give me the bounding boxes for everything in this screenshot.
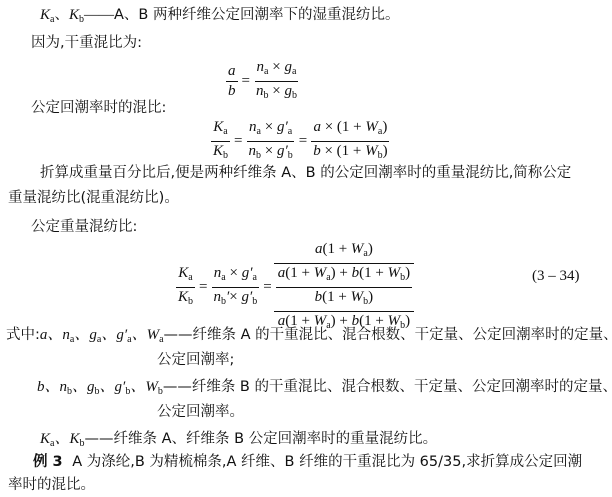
definition-text: A、B 两种纤维公定回潮率下的湿重混纺比。 <box>114 7 399 23</box>
fraction-n-gprime: na × g′a nb × g′b <box>246 118 294 165</box>
conditioned-ratio-intro: 公定回潮率时的混比: <box>31 98 166 118</box>
denominator: b × (1 + Wb) <box>311 142 389 165</box>
top-denominator: a(1 + Wa) + b(1 + Wb) <box>276 264 412 287</box>
denominator: b <box>226 82 238 101</box>
legend-a-line1: 式中:a、na、ga、g′a、Wa——纤维条 A 的干重混比、混合根数、干定量、… <box>6 324 612 350</box>
paragraph-percentage-line1: 折算成重量百分比后,便是两种纤维条 A、B 的公定回潮率时的重量混纺比,简称公定 <box>40 163 571 183</box>
equation-3-34: Ka Kb = na × g′a nb′× g′b = a(1 + Wa) a(… <box>176 240 412 335</box>
legend-a-line2: 公定回潮率; <box>157 350 234 370</box>
fraction-n-g: na × ga nb × gb <box>254 58 299 105</box>
separator: 、 <box>54 7 69 23</box>
equation-conditioned-ratio: Ka Kb = na × g′a nb × g′b = a × (1 + Wa)… <box>211 118 390 165</box>
symbol-ka: Ka <box>40 7 54 23</box>
numerator: Ka <box>176 264 194 288</box>
equals-sign: = <box>234 133 242 150</box>
fraction-moisture: a × (1 + Wa) b × (1 + Wb) <box>311 118 389 165</box>
numerator: na × g′a <box>247 118 294 142</box>
symbols-k: Ka、Kb <box>40 431 84 447</box>
top-fraction: a(1 + Wa) a(1 + Wa) + b(1 + Wb) <box>276 240 412 287</box>
denominator: nb × gb <box>254 82 299 105</box>
numerator: na × g′a <box>212 264 259 288</box>
symbol-kb: Kb <box>69 7 84 23</box>
denominator: Kb <box>211 142 230 165</box>
example-text: A 为涤纶,B 为精梳棉条,A 纤维、B 纤维的干重混比为 65/35,求折算成… <box>72 454 582 470</box>
symbols-b: b、nb、gb、g′b、Wb <box>37 379 163 395</box>
example-3-line2: 率时的混比。 <box>8 475 95 495</box>
numerator: Ka <box>211 118 229 142</box>
equals-sign: = <box>199 279 207 296</box>
compound-fraction: a(1 + Wa) a(1 + Wa) + b(1 + Wb) b(1 + Wb… <box>276 240 412 335</box>
equals-sign: = <box>263 279 271 296</box>
fraction-ka-over-kb: Ka Kb <box>211 118 230 165</box>
symbols-a: a、na、ga、g′a、Wa <box>40 327 164 343</box>
numerator: a × (1 + Wa) <box>311 118 389 142</box>
denominator: Kb <box>176 288 195 311</box>
top-numerator: a(1 + Wa) <box>274 240 414 264</box>
equation-dry-ratio: a b = na × ga nb × gb <box>226 58 299 105</box>
fraction-n-gprime: na × g′a nb′× g′b <box>211 264 259 311</box>
equals-sign: = <box>242 73 250 90</box>
conditioned-weight-ratio-intro: 公定重量混纺比: <box>31 217 137 237</box>
legend-b-line1: b、nb、gb、g′b、Wb——纤维条 B 的干重混比、混合根数、干定量、公定回… <box>37 376 612 402</box>
example-3-line1: 例 3 A 为涤纶,B 为精梳棉条,A 纤维、B 纤维的干重混比为 65/35,… <box>33 451 582 472</box>
numerator: a <box>226 62 238 82</box>
dash: —— <box>84 7 114 23</box>
denominator: nb × g′b <box>246 142 294 165</box>
legend-b-text: ——纤维条 B 的干重混比、混合根数、干定量、公定回潮率时的定量、 <box>163 379 612 395</box>
fraction-ka-over-kb: Ka Kb <box>176 264 195 311</box>
legend-k-text: ——纤维条 A、纤维条 B 公定回潮率时的重量混纺比。 <box>84 431 437 447</box>
legend-prefix: 式中: <box>6 327 40 343</box>
denominator: nb′× g′b <box>211 288 259 311</box>
example-label: 例 3 <box>33 454 63 470</box>
legend-b-line2: 公定回潮率。 <box>157 402 244 422</box>
dry-ratio-intro: 因为,干重混比为: <box>31 33 142 53</box>
definition-k-wet-ratio: Ka、Kb——A、B 两种纤维公定回潮率下的湿重混纺比。 <box>40 4 399 30</box>
equals-sign: = <box>299 133 307 150</box>
bottom-numerator: b(1 + Wb) <box>274 288 414 312</box>
fraction-a-over-b: a b <box>226 62 238 101</box>
numerator: na × ga <box>255 58 299 82</box>
equation-number: (3 – 34) <box>532 268 580 285</box>
paragraph-percentage-line2: 重量混纺比(混重混纺比)。 <box>8 188 179 208</box>
legend-a-text: ——纤维条 A 的干重混比、混合根数、干定量、公定回潮率时的定量、 <box>164 327 612 343</box>
